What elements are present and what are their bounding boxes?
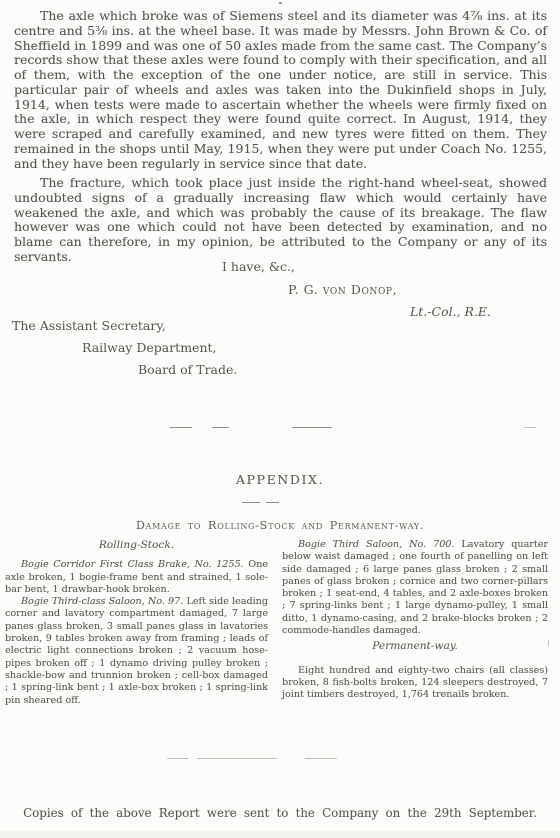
rolling-stock-heading: Rolling-Stock. — [5, 539, 268, 551]
scan-artifact-dot — [279, 2, 282, 4]
permanent-way-column: Bogie Third Saloon, No. 700. Lavatory qu… — [282, 539, 548, 702]
footer-note: Copies of the above Report were sent to … — [0, 806, 560, 820]
rolling-stock-entry-97: Bogie Third-class Saloon, No. 97. Left s… — [5, 596, 268, 707]
signature-rank: Lt.-Col., R.E. — [410, 304, 491, 319]
addressee-line-1: The Assistant Secretary, — [12, 318, 166, 333]
rolling-stock-column: Rolling-Stock. Bogie Corridor First Clas… — [5, 539, 268, 707]
appendix-title: APPENDIX. — [0, 472, 560, 487]
appendix-title-divider — [0, 502, 560, 504]
report-paragraph-axle: The axle which broke was of Siemens stee… — [14, 9, 547, 171]
stock-damage-97: Left side leading corner and lavatory co… — [5, 596, 268, 705]
permanent-way-paragraph: Eight hundred and eighty-two chairs (all… — [282, 665, 548, 702]
addressee-line-2: Railway Department, — [82, 340, 217, 355]
stock-name-97: Bogie Third-class Saloon, No. 97. — [21, 596, 183, 607]
addressee-line-3: Board of Trade. — [138, 362, 237, 377]
scan-artifact-tick — [548, 640, 549, 646]
rolling-stock-entry-1255: Bogie Corridor First Class Brake, No. 12… — [5, 559, 268, 596]
rolling-stock-entry-700: Bogie Third Saloon, No. 700. Lavatory qu… — [282, 539, 548, 637]
section-divider — [0, 427, 560, 429]
report-paragraph-fracture: The fracture, which took place just insi… — [14, 176, 547, 265]
permanent-way-heading: Permanent-way. — [282, 640, 548, 652]
appendix-subtitle: Damage to Rolling-Stock and Permanent-wa… — [0, 519, 560, 532]
valediction: I have, &c., — [222, 259, 295, 274]
stock-name-700: Bogie Third Saloon, No. 700. — [298, 539, 454, 550]
stock-damage-700: Lavatory quarter below waist damaged ; o… — [282, 539, 548, 636]
footer-divider — [0, 758, 560, 760]
stock-name-1255: Bogie Corridor First Class Brake, No. 12… — [21, 559, 244, 570]
signature-name: P. G. von Donop, — [288, 282, 397, 297]
report-page: The axle which broke was of Siemens stee… — [0, 0, 560, 838]
